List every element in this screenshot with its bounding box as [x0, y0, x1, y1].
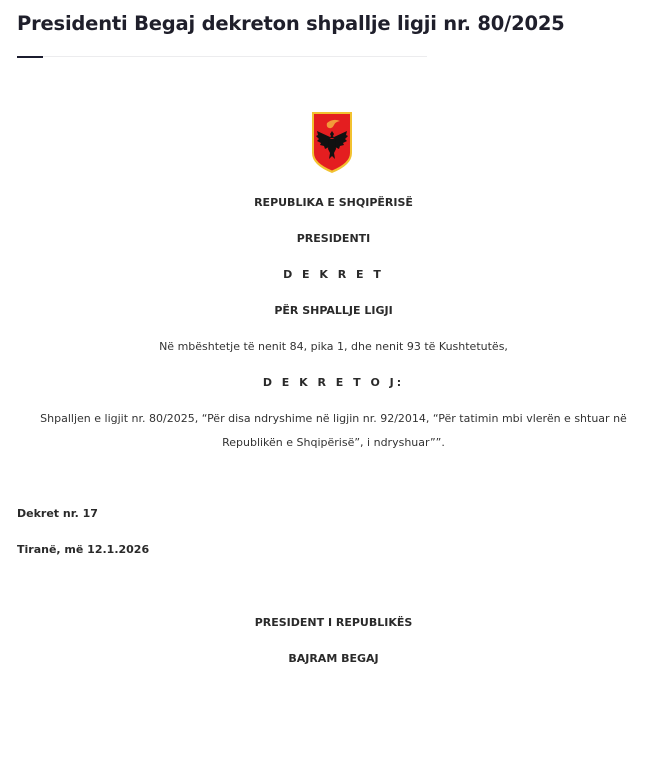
signatory-name: BAJRAM BEGAJ [0, 652, 667, 665]
signatory-title: PRESIDENT I REPUBLIKËS [0, 616, 667, 629]
albanian-coat-of-arms-icon [309, 109, 355, 175]
subject-heading: PËR SHPALLJE LIGJI [0, 304, 667, 317]
title-divider-accent [17, 56, 43, 58]
place-date: Tiranë, më 12.1.2026 [17, 543, 149, 556]
decree-body: Shpalljen e ligjit nr. 80/2025, “Për dis… [40, 407, 627, 455]
title-divider [17, 56, 427, 57]
decree-body-line: Shpalljen e ligjit nr. 80/2025, “Për dis… [40, 407, 627, 431]
decree-verb: D E K R E T O J: [0, 376, 667, 389]
decree-number: Dekret nr. 17 [17, 507, 98, 520]
decree-body-line: Republikën e Shqipërisë”, i ndryshuar””. [40, 431, 627, 455]
decree-heading: D E K R E T [0, 268, 667, 281]
legal-basis: Në mbështetje të nenit 84, pika 1, dhe n… [0, 340, 667, 353]
page-title: Presidenti Begaj dekreton shpallje ligji… [17, 12, 565, 35]
republic-heading: REPUBLIKA E SHQIPËRISË [0, 196, 667, 209]
institution-heading: PRESIDENTI [0, 232, 667, 245]
